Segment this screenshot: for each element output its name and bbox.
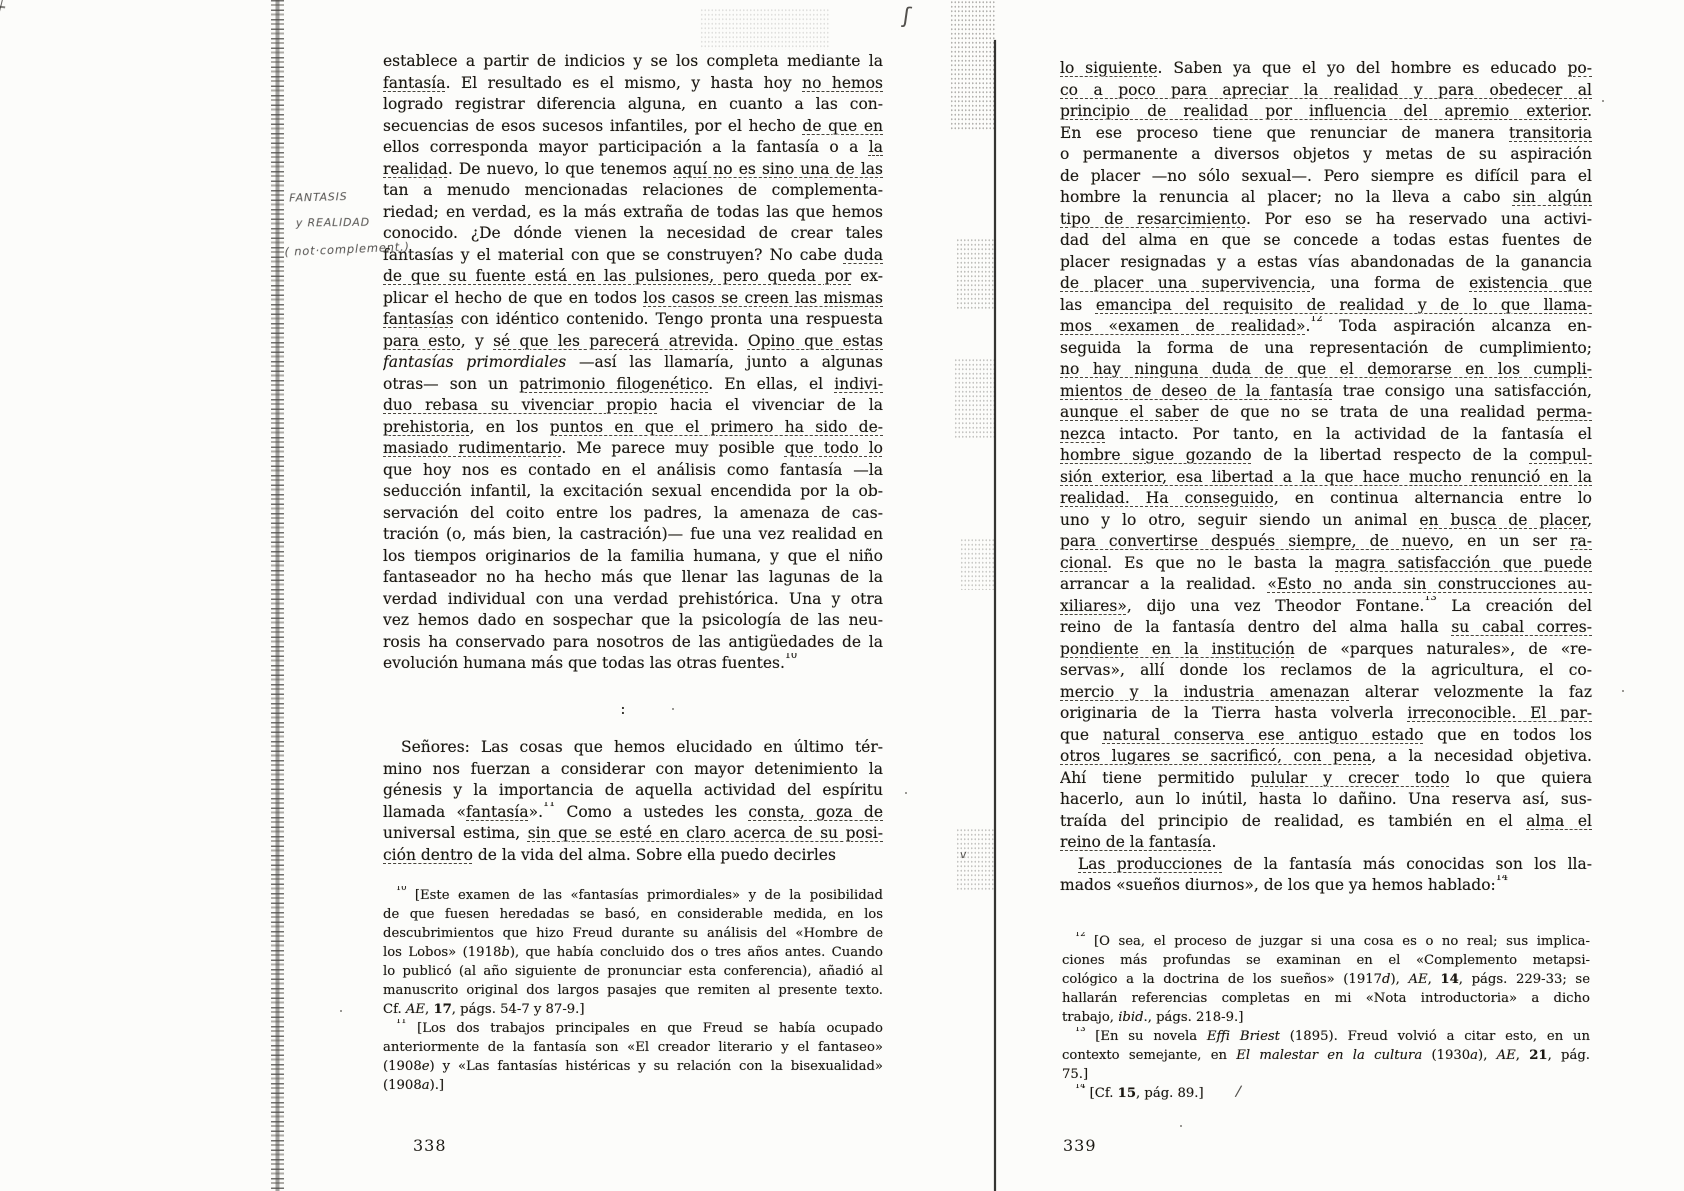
scan-speckle: [960, 538, 994, 590]
left-page-body-paragraph: establece a partir de indicios y se los …: [383, 51, 883, 675]
scan-dot: [1180, 1125, 1182, 1127]
text-line: aunque el saber de que no se trata de un…: [1060, 402, 1592, 424]
text-line: 14 [Cf. 15, pág. 89.]: [1062, 1084, 1590, 1103]
text-line: de placer —no sólo sexual—. Pero siempre…: [1060, 166, 1592, 188]
text-line: hacerlo, aun lo inútil, hasta lo dañino.…: [1060, 789, 1592, 811]
text-line: dad del alma en que se concede a todas e…: [1060, 230, 1592, 252]
right-page-number: 339: [1063, 1136, 1097, 1155]
text-line: 10 [Este examen de las «fantasías primor…: [383, 886, 883, 905]
scan-dot: [905, 792, 907, 794]
text-line: xiliares», dijo una vez Theodor Fontane.…: [1060, 596, 1592, 618]
text-line: para convertirse después siempre, de nue…: [1060, 531, 1592, 553]
text-line: (1908e) y «Las fantasías histéricas y su…: [383, 1057, 883, 1076]
text-line: pondiente en la institución de «parques …: [1060, 639, 1592, 661]
text-line: seguida la forma de una representación d…: [1060, 338, 1592, 360]
text-line: masiado rudimentario. Me parece muy posi…: [383, 438, 883, 460]
text-line: principio de realidad por influencia del…: [1060, 101, 1592, 123]
left-page-number: 338: [413, 1136, 447, 1155]
section-separator-colon: :: [383, 699, 863, 718]
text-line: génesis y la importancia de aquella acti…: [383, 780, 883, 802]
text-line: de que su fuente está en las pulsiones, …: [383, 266, 883, 288]
text-line: ciones más profundas se examinan en el «…: [1062, 951, 1590, 970]
text-line: reino de la fantasía.: [1060, 832, 1592, 854]
text-line: hallarán referencias completas en mi «No…: [1062, 989, 1590, 1008]
scan-edge-strip: [271, 0, 284, 1191]
text-line: prehistoria, en los puntos en que el pri…: [383, 417, 883, 439]
text-line: lo siguiente. Saben ya que el yo del hom…: [1060, 58, 1592, 80]
text-line: cológico a la doctrina de los sueños» (1…: [1062, 970, 1590, 989]
text-line: Las producciones de la fantasía más cono…: [1060, 854, 1592, 876]
text-line: mino nos fuerzan a considerar con mayor …: [383, 759, 883, 781]
text-line: que natural conserva ese antiguo estado …: [1060, 725, 1592, 747]
text-line: fantasías y el material con que se const…: [383, 245, 883, 267]
text-line: establece a partir de indicios y se los …: [383, 51, 883, 73]
scan-speckle: [954, 358, 996, 440]
text-line: vez hemos dado en sospechar que la psico…: [383, 610, 883, 632]
scan-speckle: [956, 238, 996, 310]
text-line: llamada «fantasía».11 Como a ustedes les…: [383, 802, 883, 824]
scan-dot: [1622, 690, 1624, 692]
text-line: 11 [Los dos trabajos principales en que …: [383, 1019, 883, 1038]
text-line: que hoy nos es contado en el análisis co…: [383, 460, 883, 482]
text-line: mos «examen de realidad».12 Toda aspirac…: [1060, 316, 1592, 338]
text-line: arrancar a la realidad. «Esto no anda si…: [1060, 574, 1592, 596]
text-line: conocido. ¿De dónde vienen la necesidad …: [383, 223, 883, 245]
text-line: placer resignadas y a estas vías abandon…: [1060, 252, 1592, 274]
scan-speckle: [950, 0, 996, 130]
text-line: manuscrito original dos largos pasajes q…: [383, 981, 883, 1000]
right-page-body-paragraph: lo siguiente. Saben ya que el yo del hom…: [1060, 58, 1592, 897]
text-line: seducción infantil, la excitación sexual…: [383, 481, 883, 503]
text-line: cional. Es que no le basta la magra sati…: [1060, 553, 1592, 575]
text-line: o permanente a diversos objetos y metas …: [1060, 144, 1592, 166]
text-line: 12 [O sea, el proceso de juzgar si una c…: [1062, 932, 1590, 951]
text-line: Ahí tiene permitido pulular y crecer tod…: [1060, 768, 1592, 790]
text-line: mientos de deseo de la fantasía trae con…: [1060, 381, 1592, 403]
text-line: servas», allí donde los reclamos de la a…: [1060, 660, 1592, 682]
text-line: para esto, y sé que les parecerá atrevid…: [383, 331, 883, 353]
text-line: los tiempos originarios de la familia hu…: [383, 546, 883, 568]
text-line: lo publicó (al año siguiente de pronunci…: [383, 962, 883, 981]
text-line: hombre sigue gozando de la libertad resp…: [1060, 445, 1592, 467]
scanned-book-spread: ʃ v / FANTASIS y REALIDAD ( not·compleme…: [0, 0, 1684, 1191]
text-line: realidad. De nuevo, lo que tenemos aquí …: [383, 159, 883, 181]
text-line: universal estima, sin que se esté en cla…: [383, 823, 883, 845]
text-line: uno y lo otro, seguir siendo un animal e…: [1060, 510, 1592, 532]
text-line: las emancipa del requisito de realidad y…: [1060, 295, 1592, 317]
text-line: Señores: Las cosas que hemos elucidado e…: [383, 737, 883, 759]
text-line: mados «sueños diurnos», de los que ya he…: [1060, 875, 1592, 897]
text-line: descubrimientos que hizo Freud durante s…: [383, 924, 883, 943]
text-line: hombre la renuncia al placer; no la llev…: [1060, 187, 1592, 209]
stray-pen-mark: v: [959, 848, 967, 862]
text-line: originaria de la Tierra hasta volverla i…: [1060, 703, 1592, 725]
text-line: contexto semejante, en El malestar en la…: [1062, 1046, 1590, 1065]
text-line: de placer una supervivencia, una forma d…: [1060, 273, 1592, 295]
text-line: fantasía. El resultado es el mismo, y ha…: [383, 73, 883, 95]
text-line: fantaseador no ha hecho más que llenar l…: [383, 567, 883, 589]
text-line: mercio y la industria amenazan alterar v…: [1060, 682, 1592, 704]
text-line: trabajo, ibid., págs. 218-9.]: [1062, 1008, 1590, 1027]
text-line: 75.]: [1062, 1065, 1590, 1084]
text-line: riedad; en verdad, es la más extraña de …: [383, 202, 883, 224]
text-line: tipo de resarcimiento. Por eso se ha res…: [1060, 209, 1592, 231]
text-line: duo rebasa su vivenciar propio hacia el …: [383, 395, 883, 417]
page-gutter-line: [994, 40, 996, 1191]
stray-pen-mark: ʃ: [901, 4, 912, 30]
text-line: reino de la fantasía dentro del alma hal…: [1060, 617, 1592, 639]
text-line: tración (o, más bien, la castración)— fu…: [383, 524, 883, 546]
text-line: ción dentro de la vida del alma. Sobre e…: [383, 845, 883, 867]
text-line: fantasías con idéntico contenido. Tengo …: [383, 309, 883, 331]
text-line: plicar el hecho de que en todos los caso…: [383, 288, 883, 310]
text-line: verdad individual con una verdad prehist…: [383, 589, 883, 611]
text-line: tan a menudo mencionadas relaciones de c…: [383, 180, 883, 202]
text-line: los Lobos» (1918b), que había concluido …: [383, 943, 883, 962]
text-line: otras— son un patrimonio filogenético. E…: [383, 374, 883, 396]
text-line: realidad. Ha conseguido, en continua alt…: [1060, 488, 1592, 510]
text-line: nezca intacto. Por tanto, en la activida…: [1060, 424, 1592, 446]
text-line: rosis ha conservado para nosotros de las…: [383, 632, 883, 654]
right-page-footnotes: 12 [O sea, el proceso de juzgar si una c…: [1062, 932, 1590, 1103]
text-line: no hay ninguna duda de que el demorarse …: [1060, 359, 1592, 381]
text-line: fantasías primordiales —así las llamaría…: [383, 352, 883, 374]
text-line: anteriormente de la fantasía son «El cre…: [383, 1038, 883, 1057]
text-line: (1908a).]: [383, 1076, 883, 1095]
text-line: sión exterior, esa libertad a la que hac…: [1060, 467, 1592, 489]
text-line: logrado registrar diferencia alguna, en …: [383, 94, 883, 116]
text-line: traída del principio de realidad, es tam…: [1060, 811, 1592, 833]
text-line: evolución humana más que todas las otras…: [383, 653, 883, 675]
text-line: co a poco para apreciar la realidad y pa…: [1060, 80, 1592, 102]
text-line: ellos corresponda mayor participación a …: [383, 137, 883, 159]
text-line: 13 [En su novela Effi Briest (1895). Fre…: [1062, 1027, 1590, 1046]
text-line: secuencias de esos sucesos infantiles, p…: [383, 116, 883, 138]
stray-pen-mark: [0, 0, 5, 15]
text-line: En ese proceso tiene que renunciar de ma…: [1060, 123, 1592, 145]
left-page-footnotes: 10 [Este examen de las «fantasías primor…: [383, 886, 883, 1095]
text-line: de que fuesen heredadas se basó, en cons…: [383, 905, 883, 924]
scan-dot: [340, 1010, 342, 1012]
text-line: servación del coito entre los padres, la…: [383, 503, 883, 525]
left-page-body-paragraph: Señores: Las cosas que hemos elucidado e…: [383, 737, 883, 866]
text-line: Cf. AE, 17, págs. 54-7 y 87-9.]: [383, 1000, 883, 1019]
text-line: otros lugares se sacrificó, con pena, a …: [1060, 746, 1592, 768]
scan-dot: [1602, 100, 1604, 102]
scan-speckle: [700, 8, 830, 50]
